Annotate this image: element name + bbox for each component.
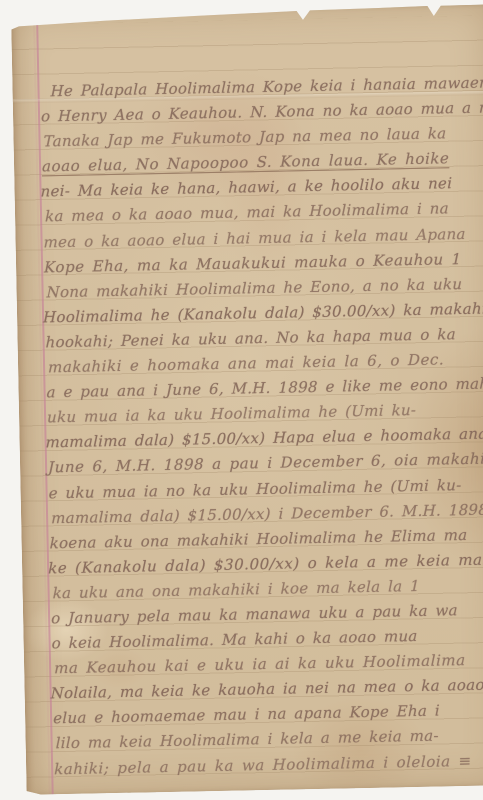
- scan-background: He Palapala Hoolimalima Kope keia i hana…: [0, 0, 483, 800]
- document-page: He Palapala Hoolimalima Kope keia i hana…: [11, 4, 483, 794]
- handwriting-block: He Palapala Hoolimalima Kope keia i hana…: [40, 70, 483, 781]
